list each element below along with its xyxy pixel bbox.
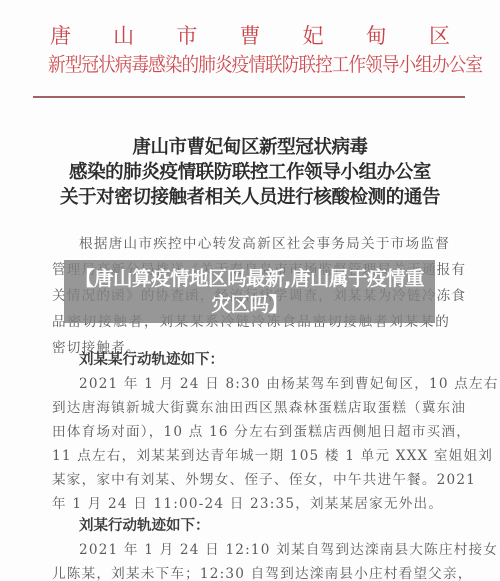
section-heading: 刘某某行动轨迹如下： — [79, 348, 224, 369]
document-page: 唐 山 市 曹 妃 甸 区 新型冠状病毒感染的肺炎疫情联防联控工作领导小组办公室… — [0, 0, 500, 581]
letterhead-char: 山 — [113, 20, 134, 50]
letterhead-char: 市 — [176, 20, 197, 50]
letterhead-char: 唐 — [50, 20, 71, 50]
paragraph-line: 某家，家中有刘某、外甥女、侄子、侄女，中午共进午餐。2021 — [52, 468, 450, 488]
letterhead-char: 区 — [429, 20, 450, 50]
paragraph-line: 根据唐山市疾控中心转发高新区社会事务局关于市场监督 — [79, 232, 450, 252]
document-title-line: 关于对密切接触者相关人员进行核酸检测的通告 — [0, 183, 500, 209]
document-title-line: 唐山市曹妃甸区新型冠状病毒 — [0, 133, 500, 159]
paragraph-line: 2021 年 1 月 24 日 8:30 由杨某驾车到曹妃甸区，10 点左右 — [79, 372, 450, 392]
letterhead-issuer: 唐 山 市 曹 妃 甸 区 — [50, 20, 450, 50]
letterhead-subtitle: 新型冠状病毒感染的肺炎疫情联防联控工作领导小组办公室 — [48, 50, 452, 78]
paragraph-line: 到达唐海镇新城大街冀东油田西区黑森林蛋糕店取蛋糕（冀东油 — [52, 396, 450, 416]
paragraph-line: 儿陈某，刘某未下车；12:30 自驾到达滦南县小庄村看望父亲， — [52, 562, 450, 581]
paragraph-line: 年 1 月 24 日 11:00-24 日 23:35，刘某某居家无外出。 — [52, 492, 450, 512]
headline-overlay-text: 【唐山算疫情地区吗最新,唐山属于疫情重灾区吗】 — [70, 266, 430, 318]
paragraph-line: 田体育场对面），10 点 16 分左右到蛋糕店西侧旭日超市买酒， — [52, 420, 450, 440]
letterhead-char: 甸 — [366, 20, 387, 50]
letterhead-char: 妃 — [303, 20, 324, 50]
document-title-line: 感染的肺炎疫情联防联控工作领导小组办公室 — [0, 158, 500, 184]
paragraph-line: 11 点左右，刘某某到达青年城一期 105 楼 1 单元 XXX 室姐姐刘 — [52, 444, 450, 464]
section-heading: 刘某行动轨迹如下： — [79, 514, 210, 535]
letterhead-char: 曹 — [239, 20, 260, 50]
paragraph-line: 2021 年 1 月 24 日 12:10 刘某自驾到达滦南县大陈庄村接女 — [79, 538, 450, 558]
letterhead-divider — [33, 96, 465, 98]
headline-overlay-banner: 【唐山算疫情地区吗最新,唐山属于疫情重灾区吗】 — [64, 260, 435, 323]
